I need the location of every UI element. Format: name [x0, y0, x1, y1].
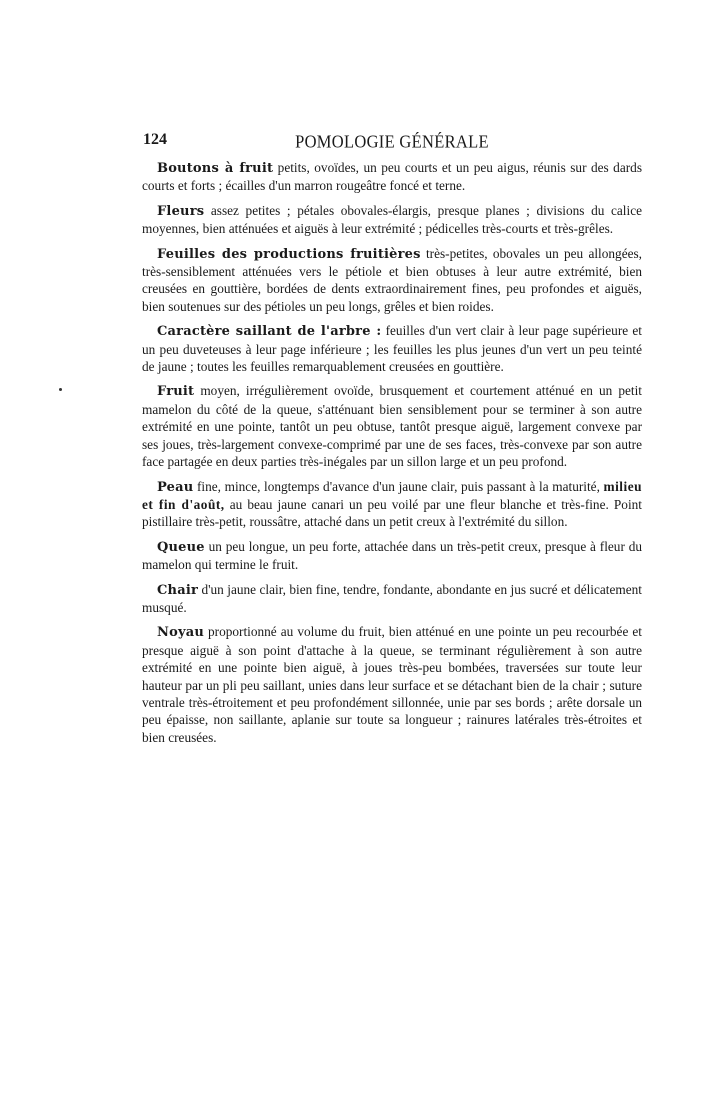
paragraph-noyau: Noyau proportionné au volume du fruit, b… — [142, 623, 642, 746]
term-label: Caractère saillant de l'arbre : — [157, 324, 381, 339]
paragraph-caractere: Caractère saillant de l'arbre : feuilles… — [142, 322, 642, 375]
book-page: 124 POMOLOGIE GÉNÉRALE Boutons à fruit p… — [142, 131, 642, 753]
paragraph-peau: Peau fine, mince, longtemps d'avance d'u… — [142, 478, 642, 531]
term-label: Noyau — [157, 625, 204, 640]
paragraph-text: proportionné au volume du fruit, bien at… — [142, 624, 642, 744]
paragraph-chair: Chair d'un jaune clair, bien fine, tendr… — [142, 581, 642, 617]
term-label: Boutons à fruit — [157, 161, 273, 176]
paragraph-fruit: Fruit moyen, irrégulièrement ovoïde, bru… — [142, 382, 642, 470]
term-label: Peau — [157, 480, 193, 495]
paragraph-boutons: Boutons à fruit petits, ovoïdes, un peu … — [142, 159, 642, 195]
paragraph-text: moyen, irrégulièrement ovoïde, brusqueme… — [142, 383, 642, 469]
paragraph-text: un peu longue, un peu forte, attachée da… — [142, 539, 642, 572]
paragraph-text: fine, mince, longtemps d'avance d'un jau… — [193, 479, 603, 494]
term-label: Fruit — [157, 384, 194, 399]
running-title: POMOLOGIE GÉNÉRALE — [142, 131, 642, 153]
term-label: Queue — [157, 540, 205, 555]
page-header: 124 POMOLOGIE GÉNÉRALE — [142, 131, 642, 153]
term-label: Feuilles des productions fruitières — [157, 247, 421, 262]
paragraph-queue: Queue un peu longue, un peu forte, attac… — [142, 538, 642, 574]
paragraph-text: assez petites ; pétales obovales-élargis… — [142, 203, 642, 236]
stray-ink-dot — [59, 388, 62, 391]
paragraph-text: d'un jaune clair, bien fine, tendre, fon… — [142, 582, 642, 615]
term-label: Fleurs — [157, 204, 204, 219]
paragraph-feuilles: Feuilles des productions fruitières très… — [142, 245, 642, 316]
paragraph-fleurs: Fleurs assez petites ; pétales obovales-… — [142, 202, 642, 238]
term-label: Chair — [157, 583, 198, 598]
